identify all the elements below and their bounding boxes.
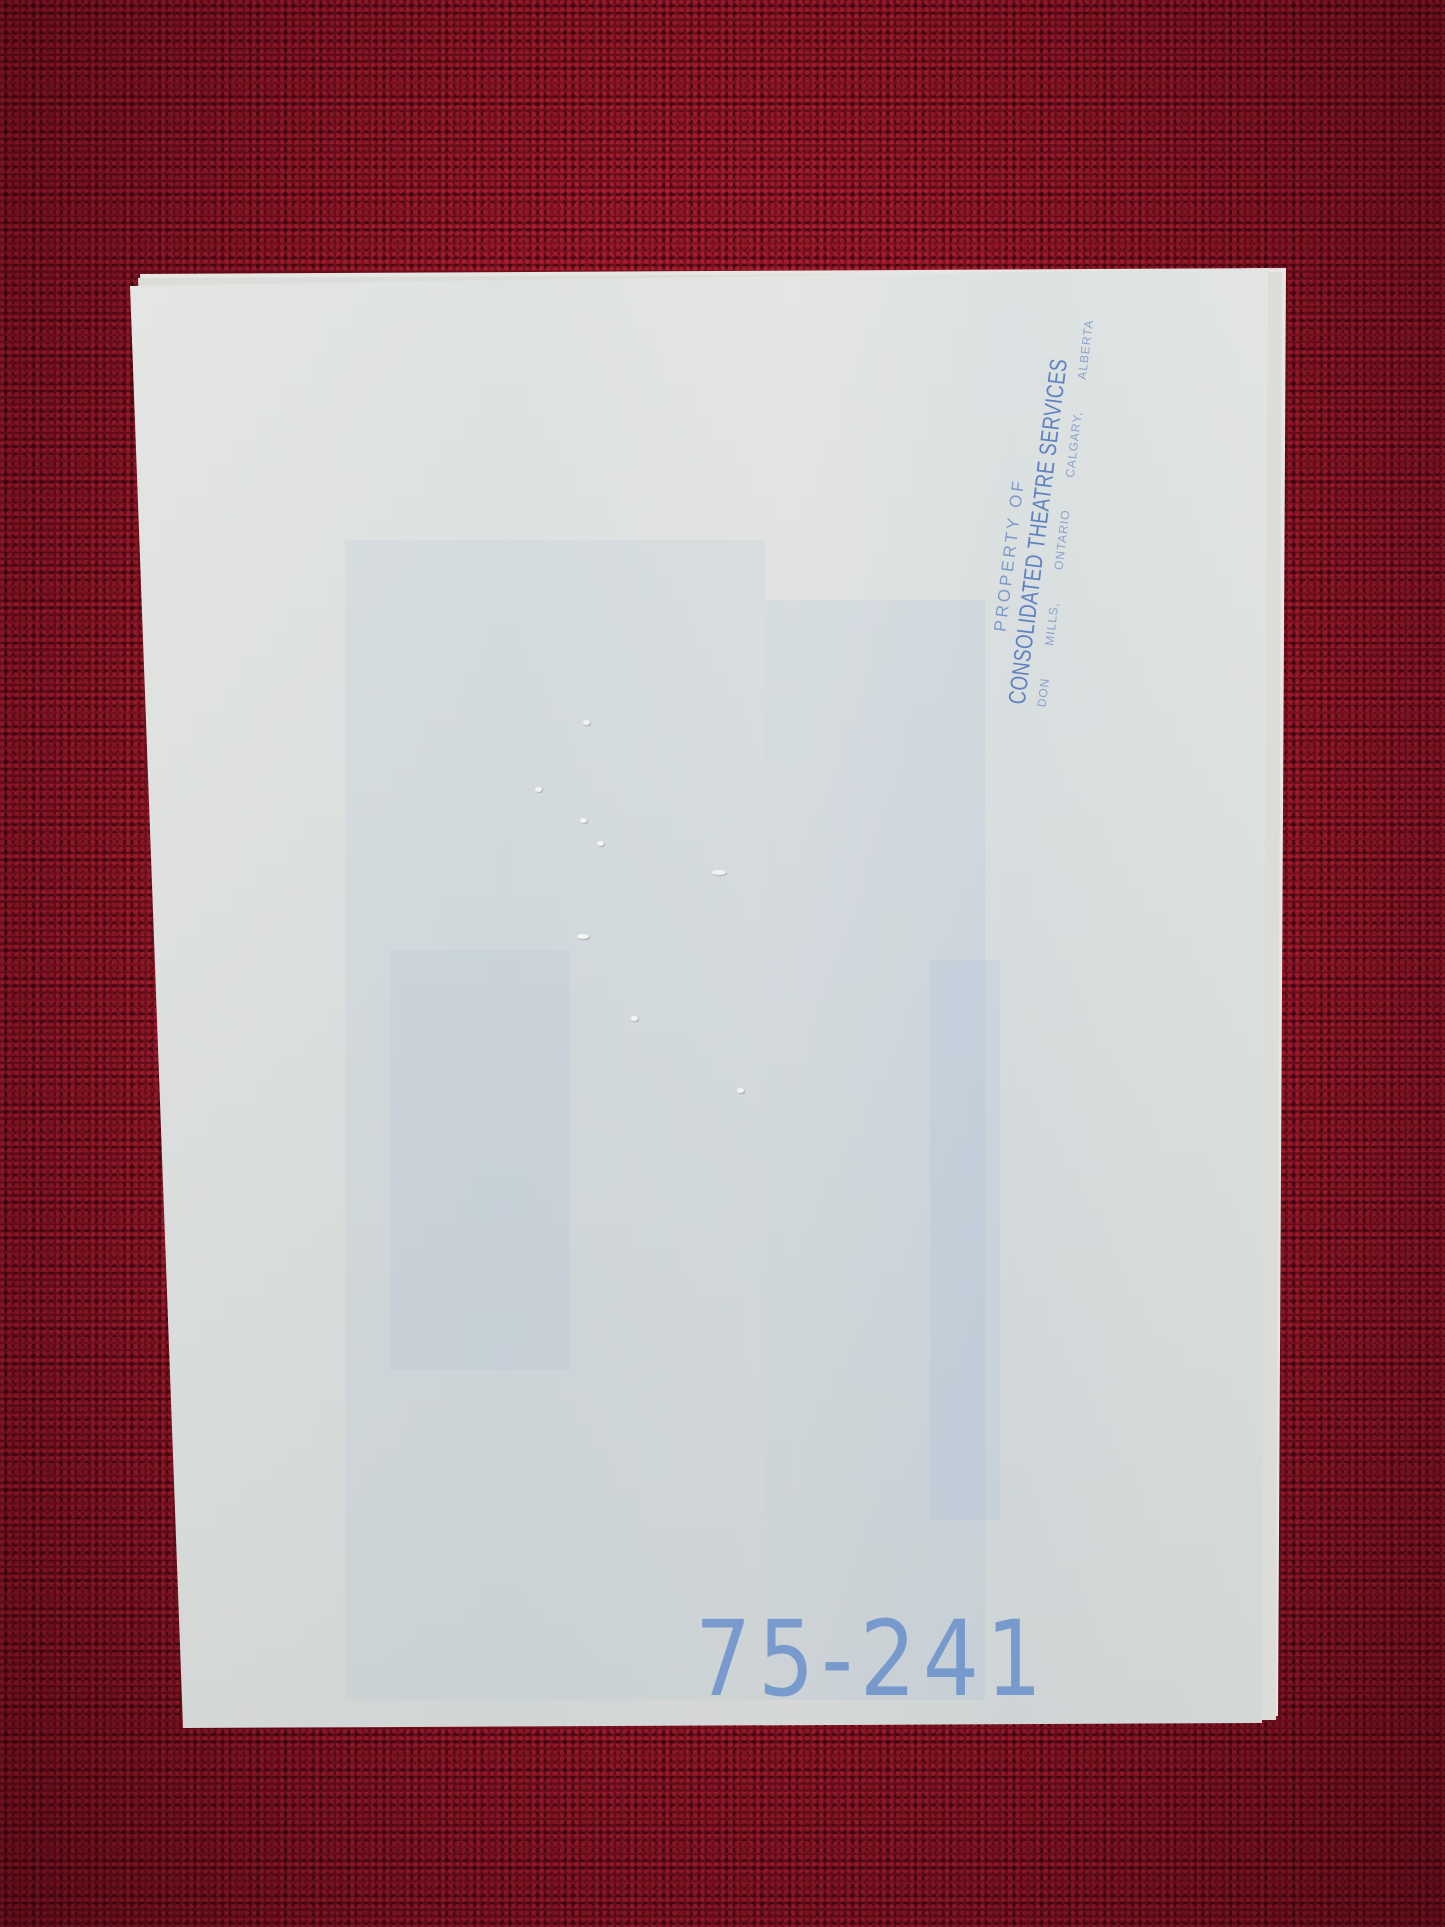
show-through-panel [390, 950, 570, 1370]
paper-speck [712, 870, 726, 875]
paper-speck [597, 841, 604, 846]
paper-speck [580, 818, 587, 823]
paper-speck [535, 787, 542, 792]
paper-speck [737, 1088, 744, 1093]
paper-speck [631, 1016, 638, 1021]
show-through-panel [930, 960, 1000, 1520]
paper-speck [577, 934, 589, 939]
handwritten-catalog-number: 75-241 [695, 1598, 1049, 1720]
paper-speck [583, 720, 590, 725]
paper-stack: PROPERTY OF CONSOLIDATED THEATRE SERVICE… [0, 0, 1445, 1927]
